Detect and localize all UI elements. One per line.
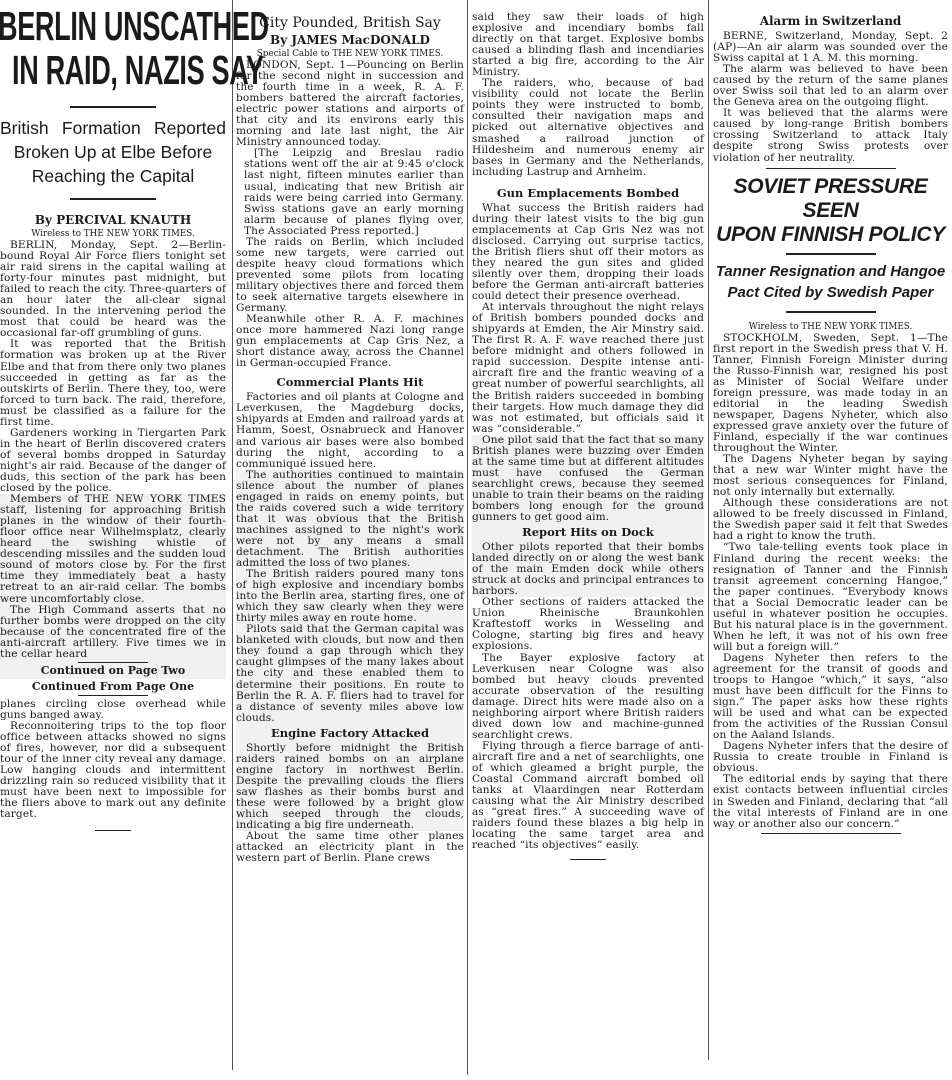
section-subhead: Report Hits on Dock — [472, 525, 704, 540]
clipped-section: The authorities continued to maintain si… — [236, 470, 464, 831]
column-rule-1 — [232, 0, 233, 1070]
divider — [70, 198, 156, 200]
divider — [570, 859, 606, 860]
deck-line: Pact Cited by Swedish Paper — [713, 282, 948, 303]
paragraph: Members of THE NEW YORK TIMES staff, lis… — [0, 494, 226, 604]
divider — [786, 253, 876, 255]
paragraph: The British raiders poured many tons of … — [236, 569, 464, 624]
byline: By JAMES MacDONALD — [236, 32, 464, 48]
paragraph: The Dagens Nyheter began by saying that … — [713, 454, 948, 498]
column-1: BERLIN UNSCATHED IN RAID, NAZIS SAY Brit… — [0, 0, 226, 831]
deck-line: British Formation Reported — [0, 116, 226, 140]
paragraph: [The Leipzig and Breslau radio stations … — [236, 148, 464, 236]
paragraph: planes circling close overhead while gun… — [0, 699, 226, 721]
paragraph: It was reported that the British formati… — [0, 339, 226, 427]
paragraph: The authorities continued to maintain si… — [236, 470, 464, 569]
continued-on-jump: Continued on Page Two — [0, 663, 226, 679]
clipped-section: One pilot said that the fact that so man… — [472, 435, 704, 598]
column-rule-2 — [467, 0, 468, 1075]
article-body: BERLIN, Monday, Sept. 2—Berlin-bound Roy… — [0, 240, 226, 831]
paragraph: The raiders, who, because of bad visibil… — [472, 78, 704, 177]
paragraph: The raids on Berlin, which included some… — [236, 237, 464, 314]
headline-deck: British Formation Reported Broken Up at … — [0, 116, 226, 188]
paragraph: The High Command asserts that no further… — [0, 605, 226, 660]
finland-deck: Tanner Resignation and Hangoe Pact Cited… — [713, 261, 948, 303]
paragraph: Shortly before midnight the British raid… — [236, 743, 464, 831]
divider — [786, 311, 876, 313]
clipped-section: Members of THE NEW YORK TIMES staff, lis… — [0, 494, 226, 679]
section-subhead: Commercial Plants Hit — [236, 375, 464, 390]
paragraph: LONDON, Sept. 1—Pouncing on Berlin for t… — [236, 60, 464, 148]
deck-line: Tanner Resignation and Hangoe — [713, 261, 948, 282]
continued-from-jump: Continued From Page One — [0, 679, 226, 695]
paragraph: Dagens Nyheter then refers to the agreem… — [713, 653, 948, 741]
paragraph: The Bayer explosive factory at Leverkuse… — [472, 653, 704, 741]
section-subhead: Gun Emplacements Bombed — [472, 186, 704, 201]
paragraph: BERLIN, Monday, Sept. 2—Berlin-bound Roy… — [0, 240, 226, 339]
paragraph: Factories and oil plants at Cologne and … — [236, 392, 464, 469]
headline-line: BERLIN UNSCATHED — [0, 4, 148, 48]
finland-headline: SOVIET PRESSURE SEEN UPON FINNISH POLICY — [713, 175, 948, 247]
divider — [95, 830, 131, 831]
paragraph: Reconnoitering trips to the top floor of… — [0, 721, 226, 820]
divider — [766, 168, 896, 169]
divider — [78, 695, 148, 696]
wire-credit: Wireless to THE NEW YORK TIMES. — [713, 321, 948, 333]
paragraph: Gardeners working in Tiergarten Park in … — [0, 428, 226, 494]
divider — [761, 833, 901, 834]
paragraph: STOCKHOLM, Sweden, Sept. 1—The first rep… — [713, 333, 948, 455]
paragraph: About the same time other planes attacke… — [236, 831, 464, 864]
paragraph: said they saw their loads of high explos… — [472, 12, 704, 78]
paragraph: Flying through a fierce barrage of anti-… — [472, 741, 704, 851]
paragraph: Dagens Nyheter infers that the desire of… — [713, 741, 948, 774]
section-subhead: Engine Factory Attacked — [236, 726, 464, 741]
divider — [70, 106, 156, 108]
paragraph: Although these considerations are not al… — [713, 498, 948, 542]
article-headline: Alarm in Switzerland — [713, 14, 948, 29]
article-headline: City Pounded, British Say — [236, 14, 464, 32]
headline-line: UPON FINNISH POLICY — [713, 223, 948, 247]
column-3: said they saw their loads of high explos… — [472, 0, 704, 860]
paragraph: The alarm was believed to have been caus… — [713, 64, 948, 108]
paragraph: Pilots said that the German capital was … — [236, 624, 464, 723]
paragraph: It was believed that the alarms were cau… — [713, 108, 948, 163]
deck-line: Reaching the Capital — [0, 164, 226, 188]
column-2: City Pounded, British Say By JAMES MacDO… — [236, 0, 464, 864]
paragraph: The editorial ends by saying that there … — [713, 774, 948, 829]
paragraph: One pilot said that the fact that so man… — [472, 435, 704, 523]
headline-line: IN RAID, NAZIS SAY — [12, 48, 153, 92]
paragraph: BERNE, Switzerland, Monday, Sept. 2 (AP)… — [713, 31, 948, 64]
deck-line: Broken Up at Elbe Before — [0, 140, 226, 164]
column-4: Alarm in Switzerland BERNE, Switzerland,… — [713, 0, 948, 834]
byline: By PERCIVAL KNAUTH — [0, 212, 226, 228]
paragraph: At intervals throughout the night relays… — [472, 302, 704, 435]
main-headline: BERLIN UNSCATHED IN RAID, NAZIS SAY — [0, 0, 226, 98]
paragraph: What success the British raiders had dur… — [472, 203, 704, 302]
headline-line: SOVIET PRESSURE SEEN — [713, 175, 948, 223]
column-rule-3 — [708, 0, 709, 1060]
paragraph: Meanwhile other R. A. F. machines once m… — [236, 314, 464, 369]
paragraph: “Two tale-telling events took place in F… — [713, 542, 948, 652]
paragraph: Other sections of raiders attacked the U… — [472, 597, 704, 652]
paragraph: Other pilots reported that their bombs l… — [472, 542, 704, 597]
